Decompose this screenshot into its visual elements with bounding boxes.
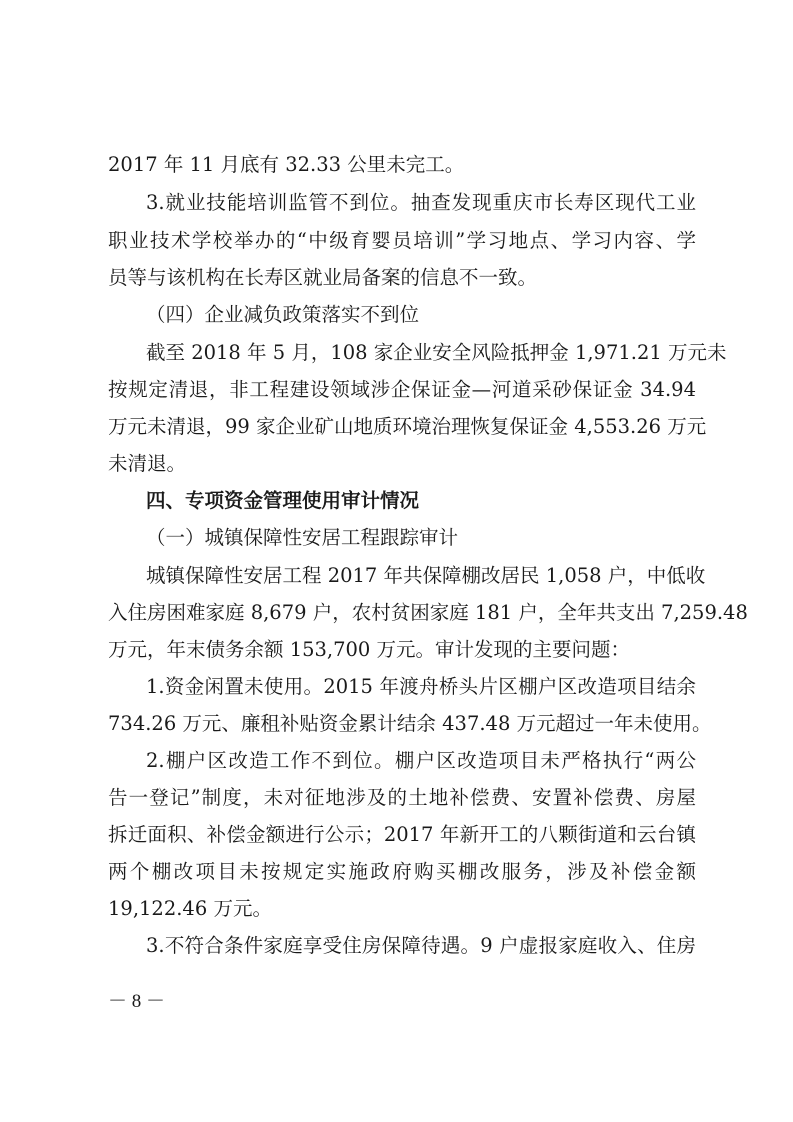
- section-heading: （一）城镇保障性安居工程跟踪审计: [146, 526, 696, 550]
- document-page: 2017 年 11 月底有 32.33 公里未完工。 3.就业技能培训监管不到位…: [0, 0, 793, 1122]
- paragraph-line: 万元未清退，99 家企业矿山地质环境治理恢复保证金 4,553.26 万元: [108, 415, 696, 439]
- paragraph-line: 截至 2018 年 5 月，108 家企业安全风险抵押金 1,971.21 万元…: [146, 341, 696, 365]
- paragraph-line: 2017 年 11 月底有 32.33 公里未完工。: [108, 153, 696, 177]
- paragraph-line: 职业技术学校举办的“中级育婴员培训”学习地点、学习内容、学: [108, 229, 696, 253]
- paragraph-line: 员等与该机构在长寿区就业局备案的信息不一致。: [108, 266, 696, 290]
- paragraph-line: 告一登记”制度，未对征地涉及的土地补偿费、安置补偿费、房屋: [108, 786, 696, 810]
- page-number: － 8 －: [108, 990, 165, 1014]
- chapter-heading: 四、专项资金管理使用审计情况: [146, 489, 696, 513]
- paragraph-line: 2.棚户区改造工作不到位。棚户区改造项目未严格执行“两公: [146, 749, 696, 773]
- paragraph-line: 19,122.46 万元。: [108, 897, 696, 921]
- paragraph-line: 3.不符合条件家庭享受住房保障待遇。9 户虚报家庭收入、住房: [146, 934, 696, 958]
- paragraph-line: 拆迁面积、补偿金额进行公示；2017 年新开工的八颗街道和云台镇: [108, 823, 696, 847]
- paragraph-line: 按规定清退，非工程建设领域涉企保证金—河道采砂保证金 34.94: [108, 378, 696, 402]
- paragraph-line: 两个棚改项目未按规定实施政府购买棚改服务，涉及补偿金额: [108, 860, 696, 884]
- paragraph-line: 734.26 万元、廉租补贴资金累计结余 437.48 万元超过一年未使用。: [108, 712, 696, 736]
- paragraph-line: 入住房困难家庭 8,679 户，农村贫困家庭 181 户，全年共支出 7,259…: [108, 601, 696, 625]
- paragraph-line: 1.资金闲置未使用。2015 年渡舟桥头片区棚户区改造项目结余: [146, 675, 696, 699]
- paragraph-line: 城镇保障性安居工程 2017 年共保障棚改居民 1,058 户，中低收: [146, 564, 696, 588]
- section-heading: （四）企业减负政策落实不到位: [146, 303, 696, 327]
- paragraph-line: 3.就业技能培训监管不到位。抽查发现重庆市长寿区现代工业: [146, 191, 696, 215]
- paragraph-line: 万元，年末债务余额 153,700 万元。审计发现的主要问题：: [108, 638, 696, 662]
- paragraph-line: 未清退。: [108, 452, 696, 476]
